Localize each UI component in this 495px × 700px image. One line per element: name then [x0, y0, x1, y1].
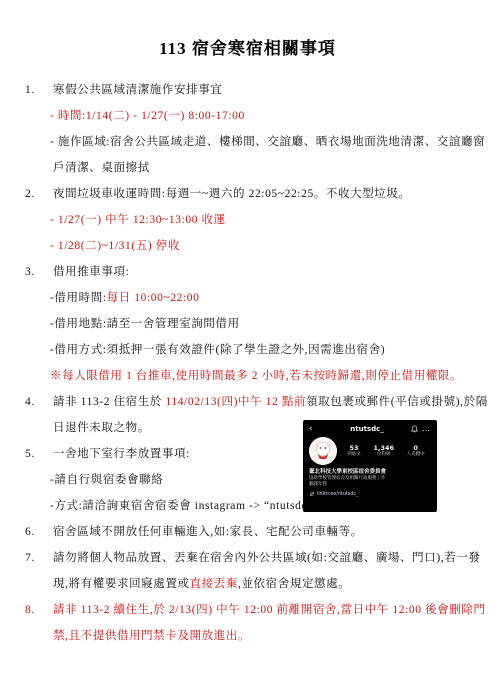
instagram-stats: 53 則貼文 1,346 位粉絲 0 人追蹤中: [341, 445, 431, 458]
back-icon: ‹: [309, 425, 325, 434]
text-segment: - 1/27(一) 中午 12:30~13:00 收運: [50, 214, 226, 226]
instagram-header: ‹ ntutsdc_ …: [309, 424, 431, 434]
item-number: 4.: [25, 389, 35, 415]
list-line: 禁,且不提供借用門禁卡及開放進出。: [0, 623, 495, 649]
stat-followers-value: 1,346: [373, 445, 394, 452]
document-lines: 1.寒假公共區域清潔施作安排事宜- 時間:1/14(二) - 1/27(一) 8…: [0, 77, 495, 649]
stat-following-value: 0: [407, 445, 425, 452]
mascot-logo: [309, 437, 337, 465]
text-segment: 請非 113-2 住宿生於: [53, 396, 165, 408]
item-number: 3.: [25, 259, 35, 285]
more-options-icon: …: [422, 426, 431, 432]
item-number: 6.: [25, 519, 35, 545]
list-item: 6.宿舍區域不開放任何車輛進入,如:家長、宅配公司車輛等。: [0, 519, 495, 545]
list-line: - 施作區域:宿舍公共區域走道、樓梯間、交誼廳、晒衣場地面洗地清潔、交誼廳窗: [0, 129, 495, 155]
text-segment: -借用方式:須抵押一張有效證件(除了學生證之外,因需進出宿舍): [50, 344, 385, 356]
list-line: ※每人限借用 1 台推車,使用時間最多 2 小時,若未按時歸還,則停止借用權限。: [0, 363, 495, 389]
stat-posts-value: 53: [347, 445, 361, 452]
instagram-bio-line2: 翻譯年糕: [309, 482, 431, 488]
text-segment: 114/02/13(四)中午 12 點前: [165, 396, 306, 408]
text-segment: 戶清潔、桌面擦拭: [53, 162, 150, 174]
list-item: 8.請非 113-2 續住生,於 2/13(四) 中午 12:00 前離開宿舍,…: [0, 597, 495, 623]
list-line: -借用方式:須抵押一張有效證件(除了學生證之外,因需進出宿舍): [0, 337, 495, 363]
text-segment: 借用推車事項:: [53, 266, 129, 278]
text-segment: 禁,且不提供借用門禁卡及開放進出。: [53, 630, 250, 642]
instagram-profile-row: 53 則貼文 1,346 位粉絲 0 人追蹤中: [309, 437, 431, 465]
stat-posts-label: 則貼文: [347, 452, 361, 458]
stat-followers: 1,346 位粉絲: [373, 445, 394, 458]
list-line: 戶清潔、桌面擦拭: [0, 155, 495, 181]
instagram-profile-screenshot: ‹ ntutsdc_ …: [303, 420, 437, 512]
avatar: [309, 437, 337, 465]
list-line: - 時間:1/14(二) - 1/27(一) 8:00-17:00: [0, 103, 495, 129]
text-segment: 每日 10:00~22:00: [107, 292, 200, 304]
text-segment: -借用地點:請至一舍管理室詢問借用: [50, 318, 240, 330]
item-number: 5.: [25, 441, 35, 467]
list-line: 現,將有權要求回寢處置或直接丟棄,並依宿舍規定懲處。: [0, 571, 495, 597]
item-number: 1.: [25, 77, 35, 103]
text-segment: 直接丟棄: [190, 578, 238, 590]
list-item: 2.夜間垃圾車收運時間:每週一~週六的 22:05~22:25。不收大型垃圾。: [0, 181, 495, 207]
list-line: -借用時間:每日 10:00~22:00: [0, 285, 495, 311]
list-line: - 1/27(一) 中午 12:30~13:00 收運: [0, 207, 495, 233]
text-segment: 寒假公共區域清潔施作安排事宜: [53, 84, 222, 96]
document-page: 113 宿舍寒宿相關事項 1.寒假公共區域清潔施作安排事宜- 時間:1/14(二…: [0, 0, 495, 700]
list-item: 1.寒假公共區域清潔施作安排事宜: [0, 77, 495, 103]
text-segment: 請勿將個人物品放置、丟棄在宿舍內外公共區域(如:交誼廳、廣場、門口),若一發: [53, 552, 481, 564]
stat-following: 0 人追蹤中: [407, 445, 425, 458]
item-number: 7.: [25, 545, 35, 571]
link-icon: [309, 491, 315, 497]
text-segment: -請自行與宿委會聯絡: [50, 474, 163, 486]
list-item: 7.請勿將個人物品放置、丟棄在宿舍內外公共區域(如:交誼廳、廣場、門口),若一發: [0, 545, 495, 571]
text-segment: 宿舍區域不開放任何車輛進入,如:家長、宅配公司車輛等。: [53, 526, 363, 538]
list-line: -借用地點:請至一舍管理室詢問借用: [0, 311, 495, 337]
text-segment: ,並依宿舍規定懲處。: [238, 578, 350, 590]
text-segment: 領取包裹或郵件(平信或掛號),於隔: [306, 396, 488, 408]
stat-followers-label: 位粉絲: [373, 452, 394, 458]
text-segment: 現,將有權要求回寢處置或: [53, 578, 190, 590]
stat-posts: 53 則貼文: [347, 445, 361, 458]
instagram-display-name: 臺北科技大學東校區宿舍委員會: [309, 469, 431, 476]
page-title: 113 宿舍寒宿相關事項: [0, 0, 495, 59]
instagram-link: linktr.ee/ntutsdc_: [317, 492, 358, 497]
stat-following-label: 人追蹤中: [407, 452, 425, 458]
text-segment: 一舍地下室行李放置事項:: [53, 448, 190, 460]
item-number: 8.: [25, 597, 35, 623]
text-segment: - 1/28(二)~1/31(五) 停收: [50, 240, 180, 252]
item-number: 2.: [25, 181, 35, 207]
text-segment: - 時間:1/14(二) - 1/27(一) 8:00-17:00: [50, 110, 245, 122]
text-segment: 日退件未取之物。: [53, 422, 150, 434]
instagram-username: ntutsdc_: [325, 425, 409, 433]
text-segment: 請非 113-2 續住生,於 2/13(四) 中午 12:00 前離開宿舍,當日…: [53, 604, 486, 616]
list-line: - 1/28(二)~1/31(五) 停收: [0, 233, 495, 259]
list-item: 3.借用推車事項:: [0, 259, 495, 285]
instagram-link-row: linktr.ee/ntutsdc_: [309, 491, 431, 497]
text-segment: -借用時間:: [50, 292, 107, 304]
list-item: 4.請非 113-2 住宿生於 114/02/13(四)中午 12 點前領取包裹…: [0, 389, 495, 415]
bell-icon: [411, 425, 418, 433]
instagram-header-actions: …: [409, 425, 431, 433]
text-segment: - 施作區域:宿舍公共區域走道、樓梯間、交誼廳、晒衣場地面洗地清潔、交誼廳窗: [50, 136, 485, 148]
text-segment: ※每人限借用 1 台推車,使用時間最多 2 小時,若未按時歸還,則停止借用權限。: [50, 370, 462, 382]
text-segment: 夜間垃圾車收運時間:每週一~週六的 22:05~22:25。不收大型垃圾。: [53, 188, 411, 200]
